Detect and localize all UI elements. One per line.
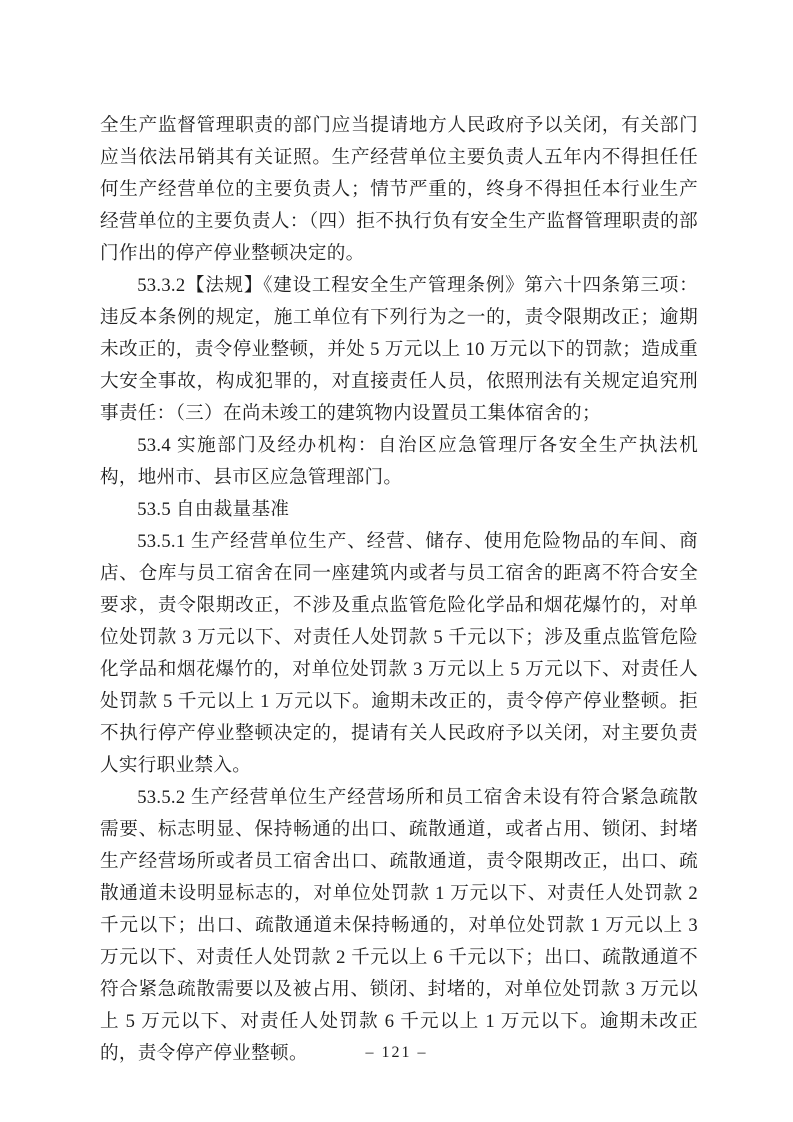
clause-53-5-2-paragraph: 53.5.2 生产经营单位生产经营场所和员工宿舍未设有符合紧急疏散需要、标志明显… bbox=[100, 782, 698, 1070]
page-number: – 121 – bbox=[0, 1044, 793, 1062]
clause-53-3-2-paragraph: 53.3.2【法规】《建设工程安全生产管理条例》第六十四条第三项：违反本条例的规… bbox=[100, 270, 698, 430]
clause-53-5-heading: 53.5 自由裁量基准 bbox=[100, 494, 698, 526]
clause-53-4-paragraph: 53.4 实施部门及经办机构：自治区应急管理厅各安全生产执法机构，地州市、县市区… bbox=[100, 430, 698, 494]
document-body: 全生产监督管理职责的部门应当提请地方人民政府予以关闭，有关部门应当依法吊销其有关… bbox=[100, 110, 698, 1070]
document-page: 全生产监督管理职责的部门应当提请地方人民政府予以关闭，有关部门应当依法吊销其有关… bbox=[0, 0, 793, 1122]
paragraph-continuation: 全生产监督管理职责的部门应当提请地方人民政府予以关闭，有关部门应当依法吊销其有关… bbox=[100, 110, 698, 270]
clause-53-5-1-paragraph: 53.5.1 生产经营单位生产、经营、储存、使用危险物品的车间、商店、仓库与员工… bbox=[100, 526, 698, 782]
